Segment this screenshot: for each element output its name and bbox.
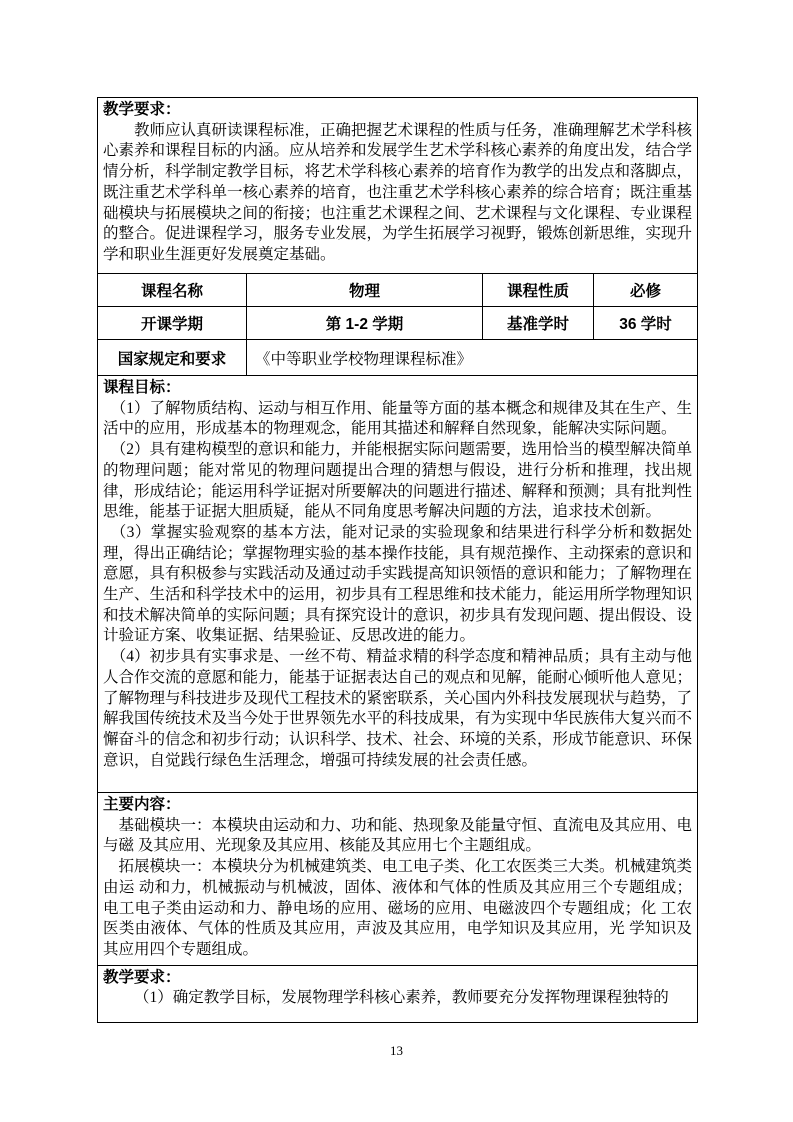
national-requirements-label: 国家规定和要求: [98, 340, 247, 376]
main-content-cell: 主要内容： 基础模块一：本模块由运动和力、功和能、热现象及能量守恒、直流电及其应…: [98, 793, 698, 966]
course-name-label: 课程名称: [98, 274, 247, 307]
teaching-requirements-bottom-paragraph: （1）确定教学目标，发展物理学科核心素养，教师要充分发挥物理课程独特的: [103, 988, 692, 1009]
main-content-row: 主要内容： 基础模块一：本模块由运动和力、功和能、热现象及能量守恒、直流电及其应…: [98, 793, 698, 966]
teaching-requirements-heading: 教学要求：: [103, 100, 692, 121]
course-objectives-cell: 课程目标： （1）了解物质结构、运动与相互作用、能量等方面的基本概念和规律及其在…: [98, 376, 698, 793]
course-nature-label: 课程性质: [483, 274, 594, 307]
objective-item-3: （3）掌握实验观察的基本方法，能对记录的实验现象和结果进行科学分析和数据处理，得…: [103, 523, 692, 647]
teaching-requirements-bottom-cell: 教学要求： （1）确定教学目标，发展物理学科核心素养，教师要充分发挥物理课程独特…: [98, 965, 698, 1022]
course-name-row: 课程名称 物理 课程性质 必修: [98, 274, 698, 307]
base-hours-value: 36 学时: [594, 307, 698, 340]
semester-label: 开课学期: [98, 307, 247, 340]
teaching-requirements-bottom-heading: 教学要求：: [103, 968, 692, 989]
course-name-value: 物理: [247, 274, 483, 307]
course-objectives-row: 课程目标： （1）了解物质结构、运动与相互作用、能量等方面的基本概念和规律及其在…: [98, 376, 698, 793]
semester-row: 开课学期 第 1-2 学期 基准学时 36 学时: [98, 307, 698, 340]
main-content-extended-module: 拓展模块一：本模块分为机械建筑类、电工电子类、化工农医类三大类。机械建筑类由运 …: [103, 857, 692, 961]
teaching-requirements-paragraph: 教师应认真研读课程标准，正确把握艺术课程的性质与任务，准确理解艺术学科核心素养和…: [103, 121, 692, 266]
objective-item-1: （1）了解物质结构、运动与相互作用、能量等方面的基本概念和规律及其在生产、生活中…: [103, 399, 692, 440]
course-objectives-heading: 课程目标：: [103, 378, 692, 399]
course-nature-value: 必修: [594, 274, 698, 307]
objective-item-2: （2）具有建构模型的意识和能力，并能根据实际问题需要，选用恰当的模型解决简单的物…: [103, 440, 692, 523]
semester-value: 第 1-2 学期: [247, 307, 483, 340]
main-content-heading: 主要内容：: [103, 795, 692, 816]
teaching-requirements-top-cell: 教学要求： 教师应认真研读课程标准，正确把握艺术课程的性质与任务，准确理解艺术学…: [98, 98, 698, 274]
main-content-basic-module: 基础模块一：本模块由运动和力、功和能、热现象及能量守恒、直流电及其应用、电与磁 …: [103, 816, 692, 857]
course-syllabus-table: 教学要求： 教师应认真研读课程标准，正确把握艺术课程的性质与任务，准确理解艺术学…: [97, 97, 698, 1023]
teaching-requirements-top-row: 教学要求： 教师应认真研读课程标准，正确把握艺术课程的性质与任务，准确理解艺术学…: [98, 98, 698, 274]
page-number: 13: [0, 1043, 793, 1059]
objective-item-4: （4）初步具有实事求是、一丝不苟、精益求精的科学态度和精神品质；具有主动与他人合…: [103, 647, 692, 771]
national-requirements-value: 《中等职业学校物理课程标准》: [247, 340, 698, 376]
national-requirements-row: 国家规定和要求 《中等职业学校物理课程标准》: [98, 340, 698, 376]
base-hours-label: 基准学时: [483, 307, 594, 340]
teaching-requirements-bottom-row: 教学要求： （1）确定教学目标，发展物理学科核心素养，教师要充分发挥物理课程独特…: [98, 965, 698, 1022]
